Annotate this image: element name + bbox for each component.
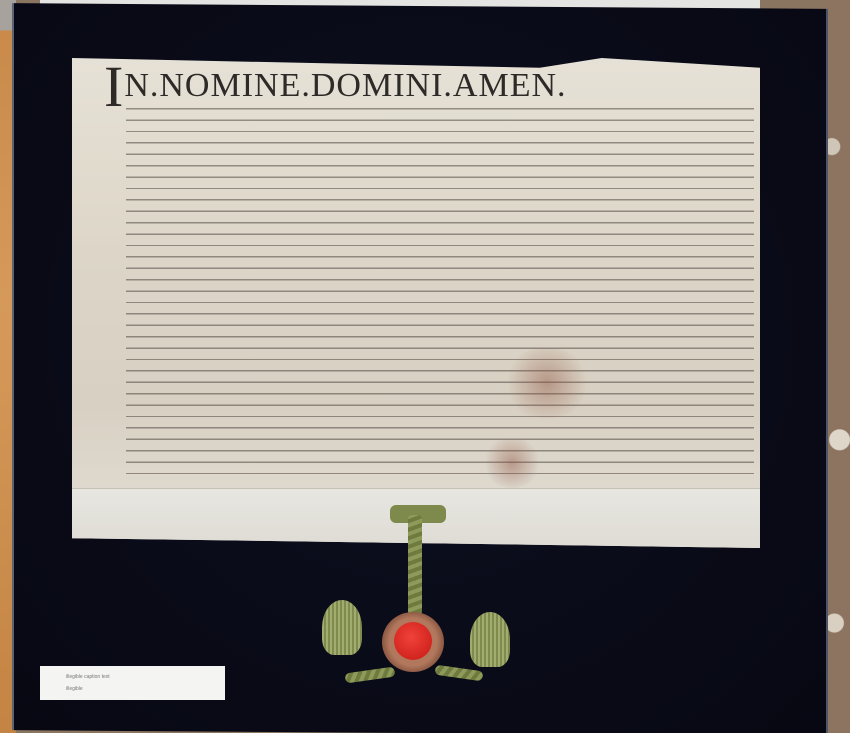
- right-tassel: [470, 612, 510, 667]
- left-tassel: [322, 600, 362, 655]
- stain: [502, 348, 592, 418]
- heading-text: N.NOMINE.DOMINI.AMEN.: [124, 67, 566, 104]
- manuscript-text-block: [126, 102, 754, 482]
- label-line-2: illegible: [66, 686, 83, 692]
- illuminated-initial: I: [104, 54, 124, 119]
- seal-impression: [394, 622, 432, 660]
- museum-label: illegible caption text illegible: [40, 666, 225, 700]
- wax-seal: [382, 612, 444, 672]
- stain: [482, 438, 542, 488]
- label-line-1: illegible caption text: [66, 674, 110, 680]
- parchment-document: IN.NOMINE.DOMINI.AMEN.: [72, 58, 760, 548]
- braided-cord: [408, 515, 422, 615]
